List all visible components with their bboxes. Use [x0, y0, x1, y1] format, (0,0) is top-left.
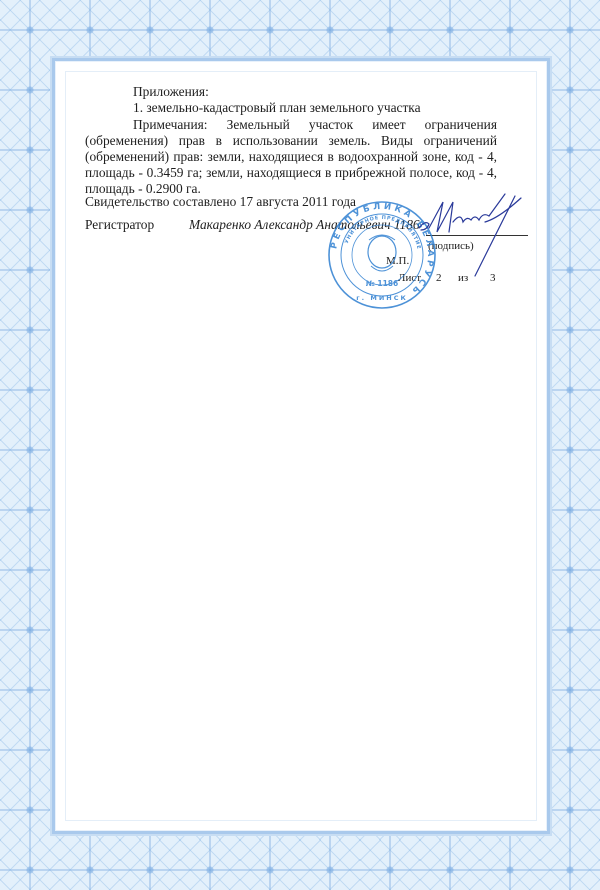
notes-text: Примечания: Земельный участок имеет огра… — [85, 117, 497, 196]
attachments-heading: Приложения: — [133, 84, 209, 100]
signature-scribble — [415, 192, 535, 282]
stamp-city: г. МИНСК — [356, 294, 408, 302]
registrar-label: Регистратор — [85, 217, 154, 233]
stamp-number: № 1186 — [366, 279, 399, 288]
compiled-date-line: Свидетельство составлено 17 августа 2011… — [85, 194, 356, 210]
notes-paragraph: Примечания: Земельный участок имеет огра… — [85, 117, 497, 197]
attachment-item: 1. земельно-кадастровый план земельного … — [133, 100, 421, 116]
